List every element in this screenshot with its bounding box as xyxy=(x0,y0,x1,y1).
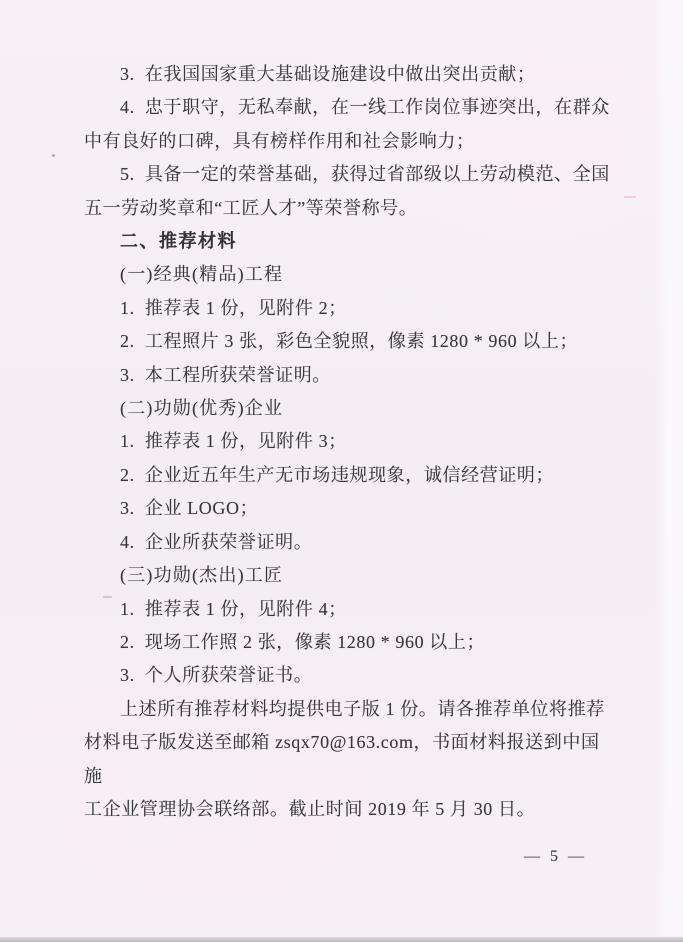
scan-page-right-edge xyxy=(655,0,683,936)
scan-artifact xyxy=(624,196,636,198)
scanned-document-page: 3. 在我国国家重大基础设施建设中做出突出贡献； 4. 忠于职守，无私奉献，在一… xyxy=(0,0,683,942)
closing-paragraph-line-3: 工企业管理协会联络部。截止时间 2019 年 5 月 30 日。 xyxy=(84,793,612,826)
classic-project-item-2: 2. 工程照片 3 张，彩色全貌照，像素 1280 * 960 以上； xyxy=(84,325,612,358)
criteria-item-5-line-1: 5. 具备一定的荣誉基础，获得过省部级以上劳动模范、全国 xyxy=(84,158,612,191)
merit-enterprise-item-1: 1. 推荐表 1 份，见附件 3； xyxy=(84,425,612,458)
criteria-item-5-line-2: 五一劳动奖章和“工匠人才”等荣誉称号。 xyxy=(84,192,612,225)
document-body: 3. 在我国国家重大基础设施建设中做出突出贡献； 4. 忠于职守，无私奉献，在一… xyxy=(84,58,612,826)
merit-craftsman-item-3: 3. 个人所获荣誉证书。 xyxy=(84,659,612,692)
subsection-classic-project: (一)经典(精品)工程 xyxy=(84,258,612,291)
scan-artifact xyxy=(52,154,55,157)
page-number: — 5 — xyxy=(524,848,587,866)
merit-enterprise-item-2: 2. 企业近五年生产无市场违规现象，诚信经营证明； xyxy=(84,459,612,492)
criteria-item-4-line-1: 4. 忠于职守，无私奉献，在一线工作岗位事迹突出，在群众 xyxy=(84,91,612,124)
criteria-item-3: 3. 在我国国家重大基础设施建设中做出突出贡献； xyxy=(84,58,612,91)
subsection-merit-craftsman: (三)功勋(杰出)工匠 xyxy=(84,559,612,592)
merit-enterprise-item-3: 3. 企业 LOGO； xyxy=(84,492,612,525)
classic-project-item-1: 1. 推荐表 1 份，见附件 2； xyxy=(84,292,612,325)
closing-paragraph-line-2: 材料电子版发送至邮箱 zsqx70@163.com，书面材料报送到中国施 xyxy=(84,726,612,793)
classic-project-item-3: 3. 本工程所获荣誉证明。 xyxy=(84,359,612,392)
subsection-merit-enterprise: (二)功勋(优秀)企业 xyxy=(84,392,612,425)
scan-bed-bottom-edge xyxy=(0,937,683,942)
scan-artifact xyxy=(103,596,112,598)
section-heading-recommend-materials: 二、推荐材料 xyxy=(84,225,612,258)
merit-craftsman-item-1: 1. 推荐表 1 份，见附件 4； xyxy=(84,593,612,626)
merit-enterprise-item-4: 4. 企业所获荣誉证明。 xyxy=(84,526,612,559)
closing-paragraph-line-1: 上述所有推荐材料均提供电子版 1 份。请各推荐单位将推荐 xyxy=(84,693,612,726)
criteria-item-4-line-2: 中有良好的口碑，具有榜样作用和社会影响力； xyxy=(84,125,612,158)
merit-craftsman-item-2: 2. 现场工作照 2 张，像素 1280 * 960 以上； xyxy=(84,626,612,659)
